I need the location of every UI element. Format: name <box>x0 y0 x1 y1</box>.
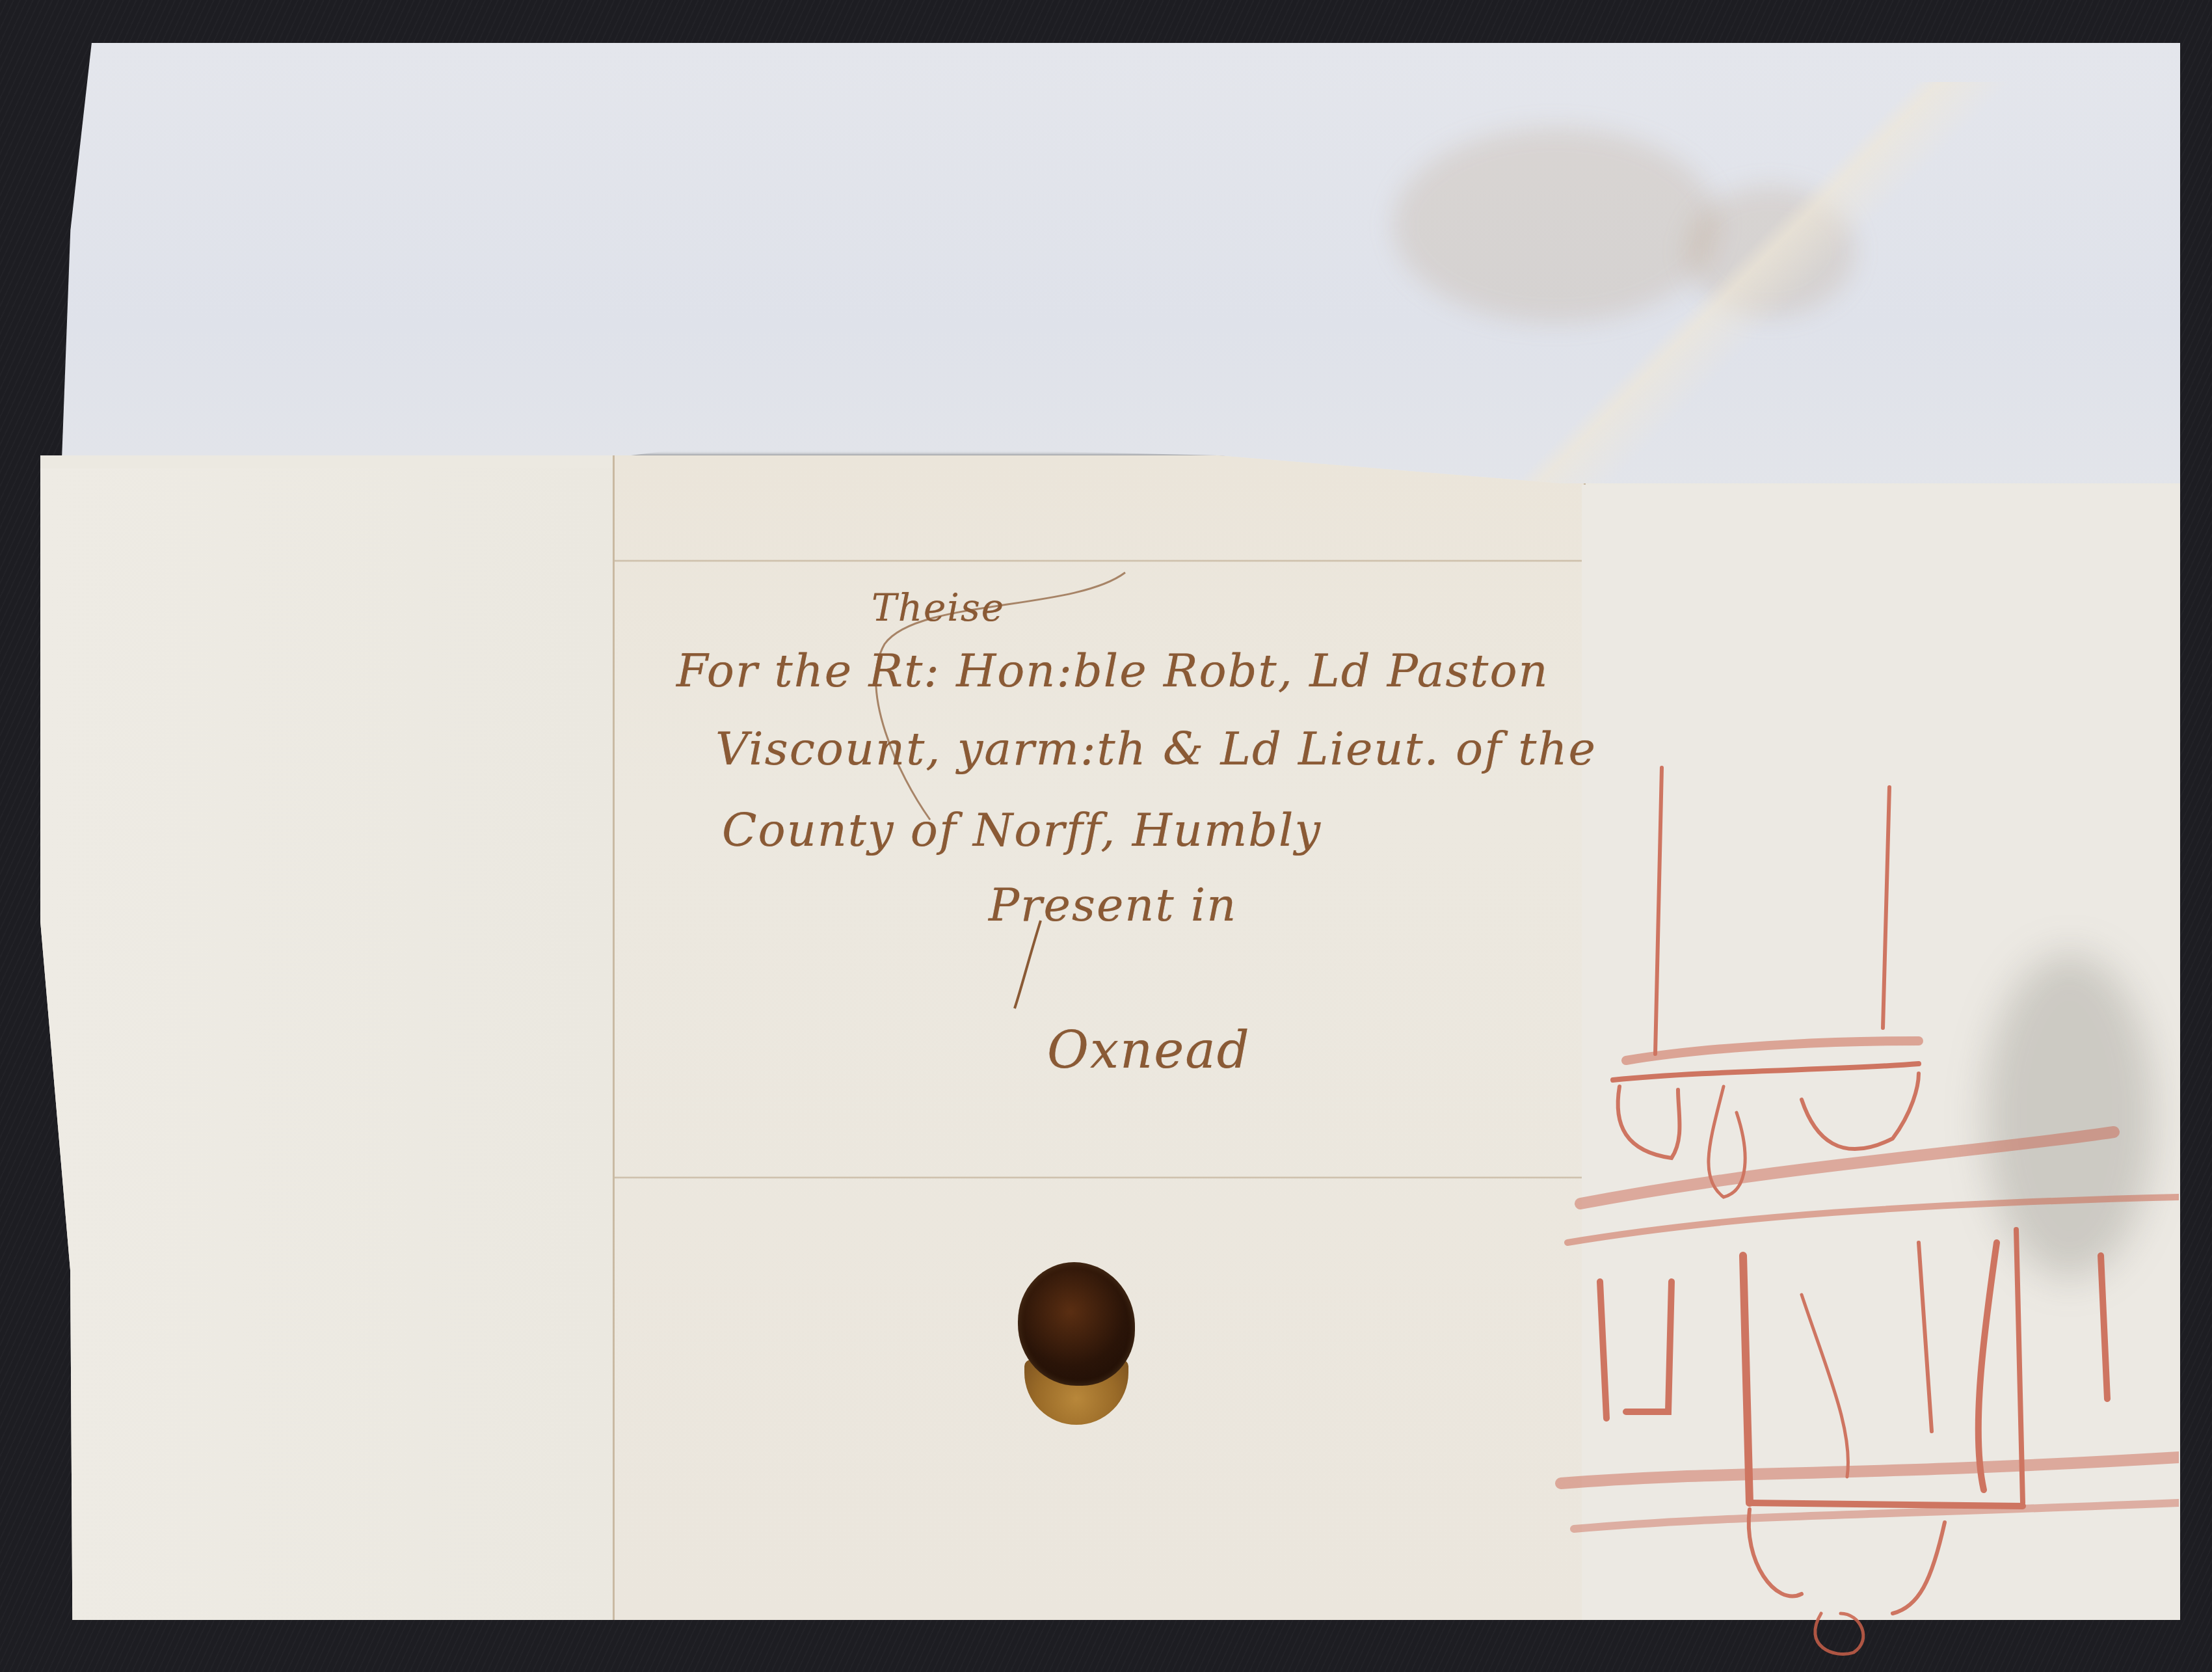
fold-ghost <box>1335 82 2115 511</box>
wax-seal <box>1011 1262 1141 1425</box>
address-line-5: Oxnead <box>1047 1021 1251 1080</box>
left-panel <box>40 468 613 1620</box>
red-chalk-sketch <box>1528 748 2179 1659</box>
back-sheet <box>60 43 2180 511</box>
fold-line <box>615 1176 1584 1179</box>
seal-wax <box>1018 1262 1135 1386</box>
pen-flourish <box>748 560 1203 1015</box>
